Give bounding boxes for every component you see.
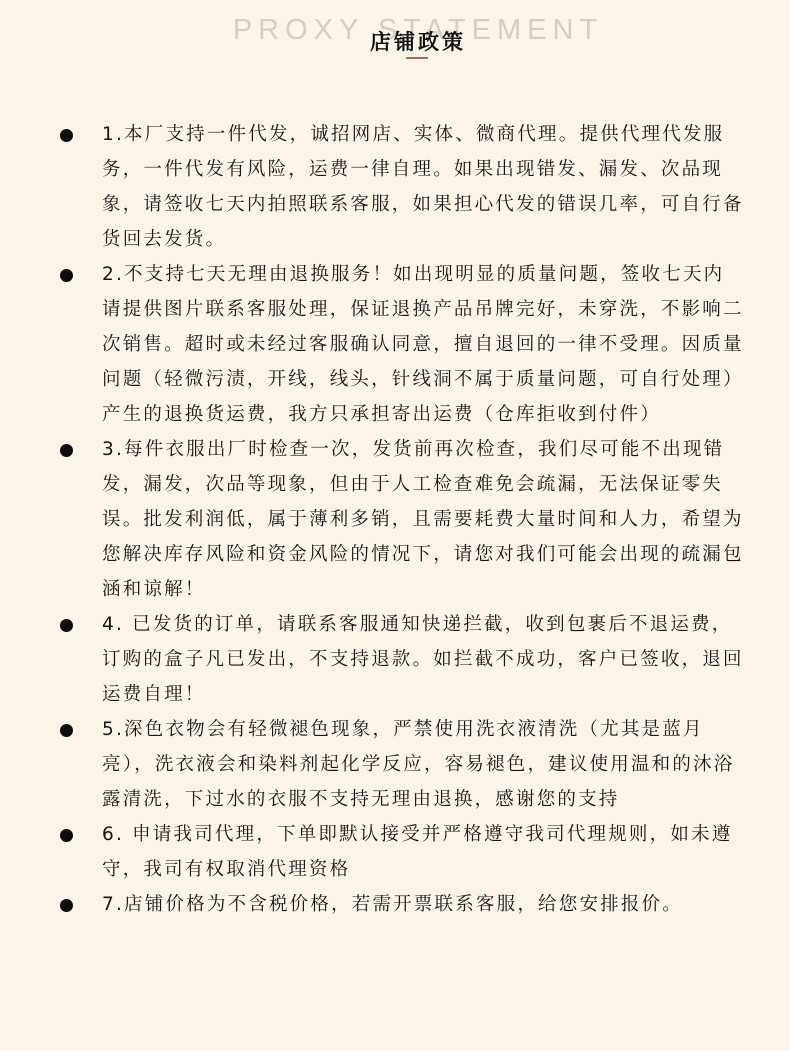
policy-text: 7.店铺价格为不含税价格，若需开票联系客服，给您安排报价。 bbox=[102, 894, 683, 915]
policy-text: 1.本厂支持一件代发，诚招网店、实体、微商代理。提供代理代发服务，一件代发有风险… bbox=[102, 124, 744, 250]
bullet-icon bbox=[60, 619, 73, 632]
policy-item: 2.不支持七天无理由退换服务！如出现明显的质量问题，签收七天内请提供图片联系客服… bbox=[0, 257, 790, 432]
policy-list: 1.本厂支持一件代发，诚招网店、实体、微商代理。提供代理代发服务，一件代发有风险… bbox=[0, 117, 790, 922]
policy-text: 3.每件衣服出厂时检查一次，发货前再次检查，我们尽可能不出现错发，漏发，次品等现… bbox=[102, 439, 744, 600]
policy-item: 3.每件衣服出厂时检查一次，发货前再次检查，我们尽可能不出现错发，漏发，次品等现… bbox=[0, 432, 790, 607]
title-underline-divider bbox=[406, 57, 428, 59]
bullet-icon bbox=[60, 899, 73, 912]
policy-item: 6. 申请我司代理，下单即默认接受并严格遵守我司代理规则，如未遵守，我司有权取消… bbox=[0, 817, 790, 887]
policy-item: 5.深色衣物会有轻微褪色现象，严禁使用洗衣液清洗（尤其是蓝月亮），洗衣液会和染料… bbox=[0, 712, 790, 817]
policy-text: 5.深色衣物会有轻微褪色现象，严禁使用洗衣液清洗（尤其是蓝月亮），洗衣液会和染料… bbox=[102, 719, 734, 810]
policy-item: 1.本厂支持一件代发，诚招网店、实体、微商代理。提供代理代发服务，一件代发有风险… bbox=[0, 117, 790, 257]
policy-item: 4. 已发货的订单，请联系客服通知快递拦截，收到包裹后不退运费，订购的盒子凡已发… bbox=[0, 607, 790, 712]
bullet-icon bbox=[60, 829, 73, 842]
bullet-icon bbox=[60, 444, 73, 457]
bullet-icon bbox=[60, 129, 73, 142]
policy-text: 2.不支持七天无理由退换服务！如出现明显的质量问题，签收七天内请提供图片联系客服… bbox=[102, 264, 744, 425]
bullet-icon bbox=[60, 724, 73, 737]
policy-item: 7.店铺价格为不含税价格，若需开票联系客服，给您安排报价。 bbox=[0, 887, 790, 922]
page-header: PROXY STATEMENT 店铺政策 bbox=[0, 0, 790, 70]
page-title: 店铺政策 bbox=[0, 27, 790, 57]
policy-text: 4. 已发货的订单，请联系客服通知快递拦截，收到包裹后不退运费，订购的盒子凡已发… bbox=[102, 614, 744, 705]
bullet-icon bbox=[60, 269, 73, 282]
policy-text: 6. 申请我司代理，下单即默认接受并严格遵守我司代理规则，如未遵守，我司有权取消… bbox=[102, 824, 732, 880]
